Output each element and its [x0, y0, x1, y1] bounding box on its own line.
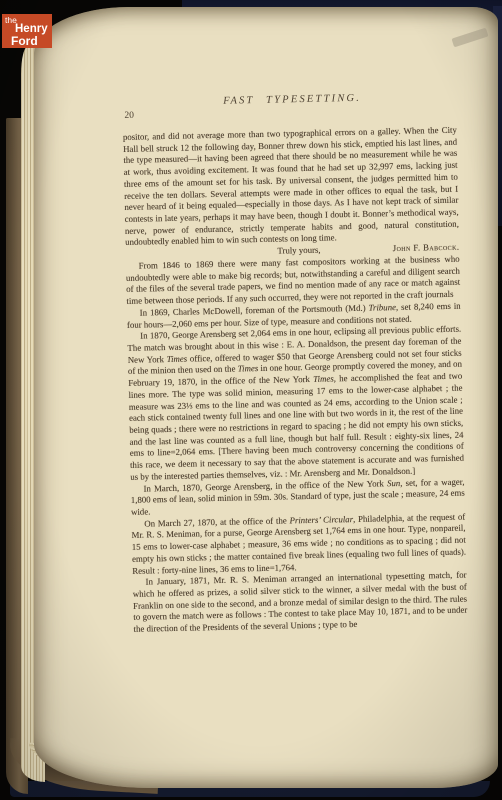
logo-word-ford: Ford	[11, 35, 52, 47]
henry-ford-logo: the Henry Ford	[2, 14, 52, 48]
paragraph: In 1870, George Arensberg set 2,064 ems …	[127, 324, 464, 484]
paragraph: From 1846 to 1869 there were many fast c…	[126, 254, 461, 308]
signature-closing: Truly yours,	[277, 245, 320, 258]
page-content: 20 FAST TYPESETTING. positor, and did no…	[122, 91, 474, 636]
paragraph: In January, 1871, Mr. R. S. Meniman arra…	[132, 570, 467, 636]
page-corner-fold	[451, 28, 488, 48]
page-number: 20	[124, 111, 134, 121]
book-page: 20 FAST TYPESETTING. positor, and did no…	[34, 7, 498, 788]
text-block: positor, and did not average more than t…	[123, 125, 468, 636]
page-title: FAST TYPESETTING.	[122, 91, 462, 109]
scanned-book-photo: 20 FAST TYPESETTING. positor, and did no…	[0, 0, 502, 800]
paragraph: positor, and did not average more than t…	[123, 125, 459, 249]
paragraph: On March 27, 1870, at the office of the …	[131, 511, 466, 577]
